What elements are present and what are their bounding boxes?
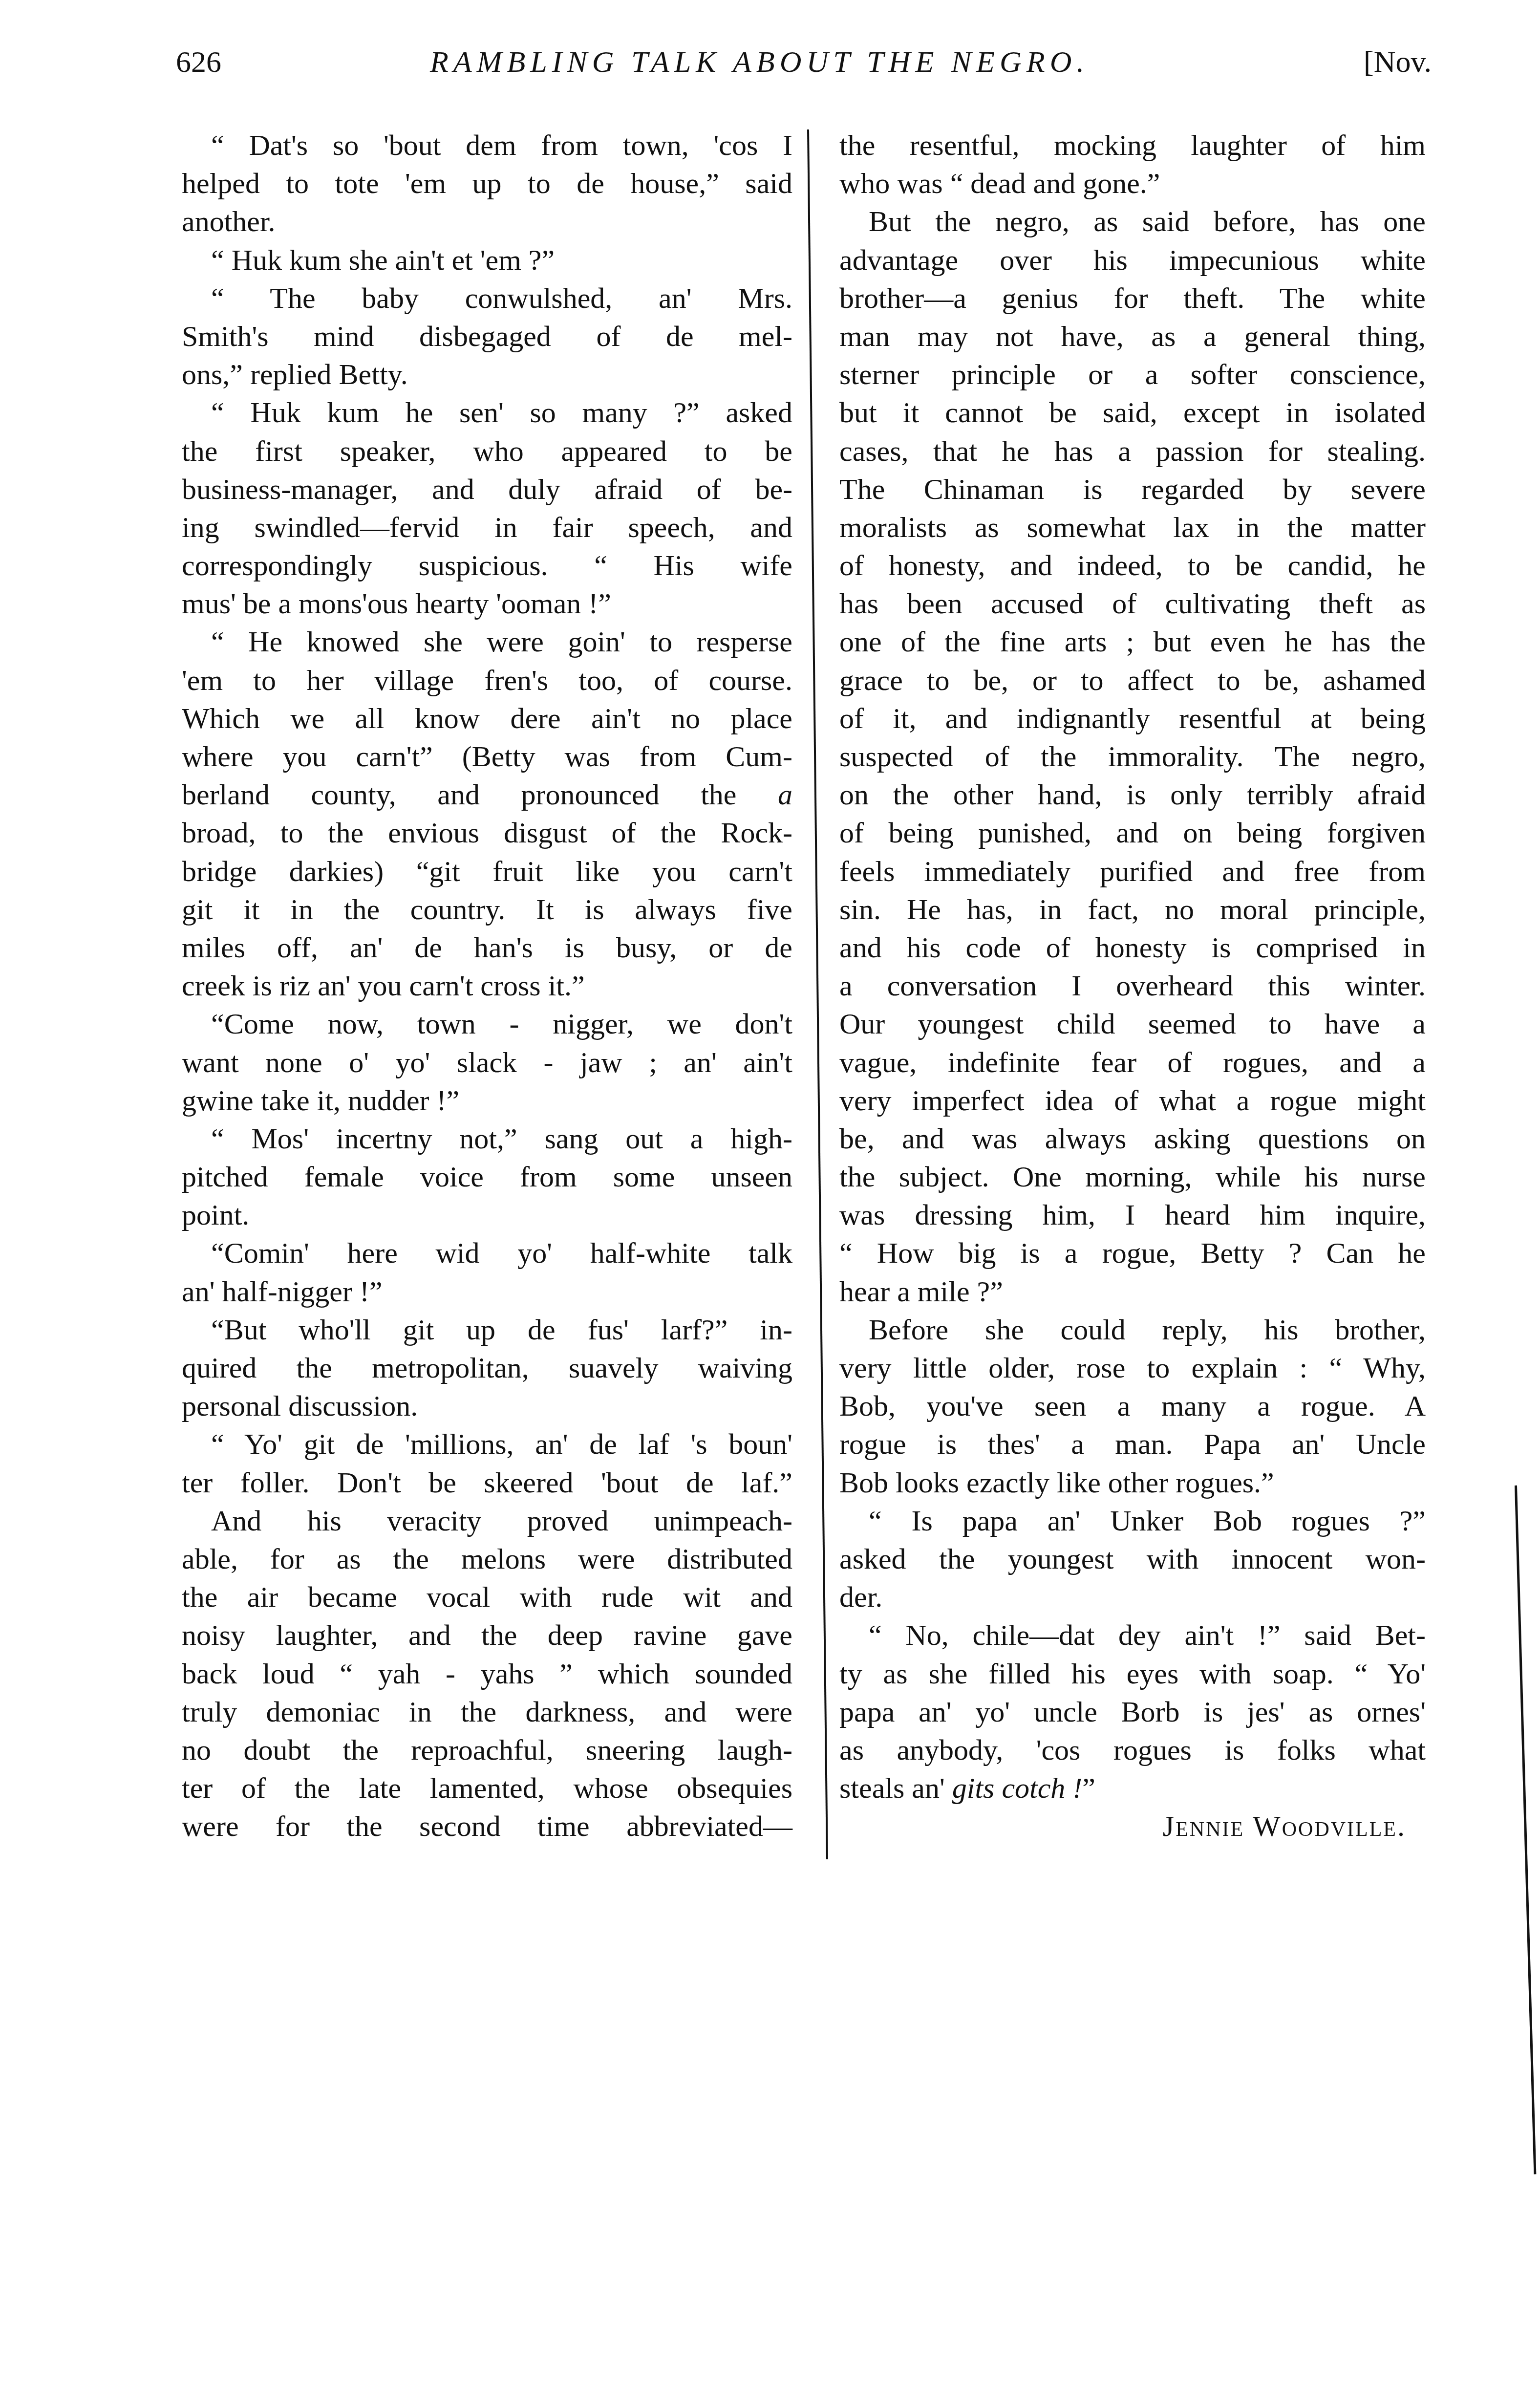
- page-number: 626: [176, 45, 221, 80]
- text-line: git it in the country. It is always five: [182, 890, 792, 928]
- column-divider: [807, 129, 828, 1859]
- text-line: and his code of honesty is comprised in: [839, 928, 1426, 967]
- right-column-lines: the resentful, mocking laughter of himwh…: [839, 126, 1426, 1769]
- italic-phrase: gits cotch !: [952, 1772, 1083, 1804]
- text-line: who was “ dead and gone.”: [839, 164, 1426, 202]
- text-line: bridge darkies) “git fruit like you carn…: [182, 852, 792, 890]
- author-signature: Jennie Woodville.: [839, 1807, 1426, 1845]
- text-line: Bob looks ezactly like other rogues.”: [839, 1464, 1426, 1502]
- text-line: very imperfect idea of what a rogue migh…: [839, 1081, 1426, 1120]
- text-line: broad, to the envious disgust of the Roc…: [182, 814, 792, 852]
- text-line: asked the youngest with innocent won-: [839, 1540, 1426, 1578]
- running-header: 626 RAMBLING TALK ABOUT THE NEGRO. [Nov.: [176, 45, 1432, 84]
- text-line: noisy laughter, and the deep ravine gave: [182, 1616, 792, 1654]
- text-line: the first speaker, who appeared to be: [182, 432, 792, 470]
- text-line: back loud “ yah - yahs ” which sounded: [182, 1655, 792, 1693]
- text-line: moralists as somewhat lax in the matter: [839, 508, 1426, 546]
- text-line: “Comin' here wid yo' half-white talk: [182, 1234, 792, 1272]
- text-line: papa an' yo' uncle Borb is jes' as ornes…: [839, 1693, 1426, 1731]
- issue-month: [Nov.: [1364, 45, 1432, 80]
- text-line: advantage over his impecunious white: [839, 241, 1426, 279]
- text-line: helped to tote 'em up to de house,” said: [182, 164, 792, 202]
- text-line: ter of the late lamented, whose obsequie…: [182, 1769, 792, 1807]
- text-line: ons,” replied Betty.: [182, 355, 792, 393]
- text-line: of it, and indignantly resentful at bein…: [839, 699, 1426, 737]
- text-line: creek is riz an' you carn't cross it.”: [182, 967, 792, 1005]
- text-line: Which we all know dere ain't no place: [182, 699, 792, 737]
- text-line: gwine take it, nudder !”: [182, 1081, 792, 1120]
- text-line: And his veracity proved unimpeach-: [182, 1502, 792, 1540]
- text-line: were for the second time abbreviated—: [182, 1807, 792, 1845]
- text-line: “ Huk kum she ain't et 'em ?”: [182, 241, 792, 279]
- text-line: mus' be a mons'ous hearty 'ooman !”: [182, 584, 792, 623]
- text-line: “But who'll git up de fus' larf?” in-: [182, 1311, 792, 1349]
- text-line: der.: [839, 1578, 1426, 1616]
- text-line: an' half-nigger !”: [182, 1272, 792, 1311]
- text-line: vague, indefinite fear of rogues, and a: [839, 1043, 1426, 1081]
- text-line: be, and was always asking questions on: [839, 1120, 1426, 1158]
- text-line: Smith's mind disbegaged of de mel-: [182, 317, 792, 355]
- text-line: miles off, an' de han's is busy, or de: [182, 928, 792, 967]
- text-line: “ How big is a rogue, Betty ? Can he: [839, 1234, 1426, 1272]
- text-line: ing swindled—fervid in fair speech, and: [182, 508, 792, 546]
- text-line: but it cannot be said, except in isolate…: [839, 393, 1426, 431]
- text-line: But the negro, as said before, has one: [839, 202, 1426, 240]
- text-line: “Come now, town - nigger, we don't: [182, 1005, 792, 1043]
- text-line: as anybody, 'cos rogues is folks what: [839, 1731, 1426, 1769]
- text-line: point.: [182, 1196, 792, 1234]
- text-line: another.: [182, 202, 792, 240]
- text-line: “ Huk kum he sen' so many ?” asked: [182, 393, 792, 431]
- text-line: The Chinaman is regarded by severe: [839, 470, 1426, 508]
- text-line: want none o' yo' slack - jaw ; an' ain't: [182, 1043, 792, 1081]
- text-line: correspondingly suspicious. “ His wife: [182, 546, 792, 584]
- text-line: personal discussion.: [182, 1387, 792, 1425]
- text-line: feels immediately purified and free from: [839, 852, 1426, 890]
- text-line: “ No, chile—dat dey ain't !” said Bet-: [839, 1616, 1426, 1654]
- running-title: RAMBLING TALK ABOUT THE NEGRO.: [430, 45, 1089, 80]
- text-line: Our youngest child seemed to have a: [839, 1005, 1426, 1043]
- text-line-final: steals an' gits cotch !”: [839, 1769, 1426, 1807]
- text-line: “ Mos' incertny not,” sang out a high-: [182, 1120, 792, 1158]
- page-edge-line: [1515, 1486, 1536, 2175]
- text-line: Bob, you've seen a many a rogue. A: [839, 1387, 1426, 1425]
- text-line: brother—a genius for theft. The white: [839, 279, 1426, 317]
- text-line: rogue is thes' a man. Papa an' Uncle: [839, 1425, 1426, 1463]
- text-line: the air became vocal with rude wit and: [182, 1578, 792, 1616]
- text-line: of honesty, and indeed, to be candid, he: [839, 546, 1426, 584]
- text-line: pitched female voice from some unseen: [182, 1158, 792, 1196]
- left-column: “ Dat's so 'bout dem from town, 'cos Ihe…: [182, 126, 792, 1845]
- text-line: where you carn't” (Betty was from Cum-: [182, 737, 792, 775]
- text-line: sterner principle or a softer conscience…: [839, 355, 1426, 393]
- text-line: the resentful, mocking laughter of him: [839, 126, 1426, 164]
- text-line: was dressing him, I heard him inquire,: [839, 1196, 1426, 1234]
- text-line: cases, that he has a passion for stealin…: [839, 432, 1426, 470]
- text-line: “ Is papa an' Unker Bob rogues ?”: [839, 1502, 1426, 1540]
- text-line: “ Yo' git de 'millions, an' de laf 's bo…: [182, 1425, 792, 1463]
- text-line: a conversation I overheard this winter.: [839, 967, 1426, 1005]
- text-line: no doubt the reproachful, sneering laugh…: [182, 1731, 792, 1769]
- text-line: man may not have, as a general thing,: [839, 317, 1426, 355]
- text-line: berland county, and pronounced the a: [182, 775, 792, 814]
- text-line: ter foller. Don't be skeered 'bout de la…: [182, 1464, 792, 1502]
- text-line: grace to be, or to affect to be, ashamed: [839, 661, 1426, 699]
- text-line: ty as she filled his eyes with soap. “ Y…: [839, 1655, 1426, 1693]
- text-line: hear a mile ?”: [839, 1272, 1426, 1311]
- text-line: has been accused of cultivating theft as: [839, 584, 1426, 623]
- text-line: business-manager, and duly afraid of be-: [182, 470, 792, 508]
- text-line: able, for as the melons were distributed: [182, 1540, 792, 1578]
- right-column: the resentful, mocking laughter of himwh…: [839, 126, 1426, 1845]
- text-line: suspected of the immorality. The negro,: [839, 737, 1426, 775]
- text-line: Before she could reply, his brother,: [839, 1311, 1426, 1349]
- text-line: “ The baby conwulshed, an' Mrs.: [182, 279, 792, 317]
- text-line: quired the metropolitan, suavely waiving: [182, 1349, 792, 1387]
- text-line: sin. He has, in fact, no moral principle…: [839, 890, 1426, 928]
- text-line: one of the fine arts ; but even he has t…: [839, 623, 1426, 661]
- text-line: “ Dat's so 'bout dem from town, 'cos I: [182, 126, 792, 164]
- text-line: truly demoniac in the darkness, and were: [182, 1693, 792, 1731]
- text-line: very little older, rose to explain : “ W…: [839, 1349, 1426, 1387]
- text-line: 'em to her village fren's too, of course…: [182, 661, 792, 699]
- text-line: the subject. One morning, while his nurs…: [839, 1158, 1426, 1196]
- italic-letter: a: [778, 778, 792, 811]
- text-line: on the other hand, is only terribly afra…: [839, 775, 1426, 814]
- text-line: of being punished, and on being forgiven: [839, 814, 1426, 852]
- text-line: “ He knowed she were goin' to resperse: [182, 623, 792, 661]
